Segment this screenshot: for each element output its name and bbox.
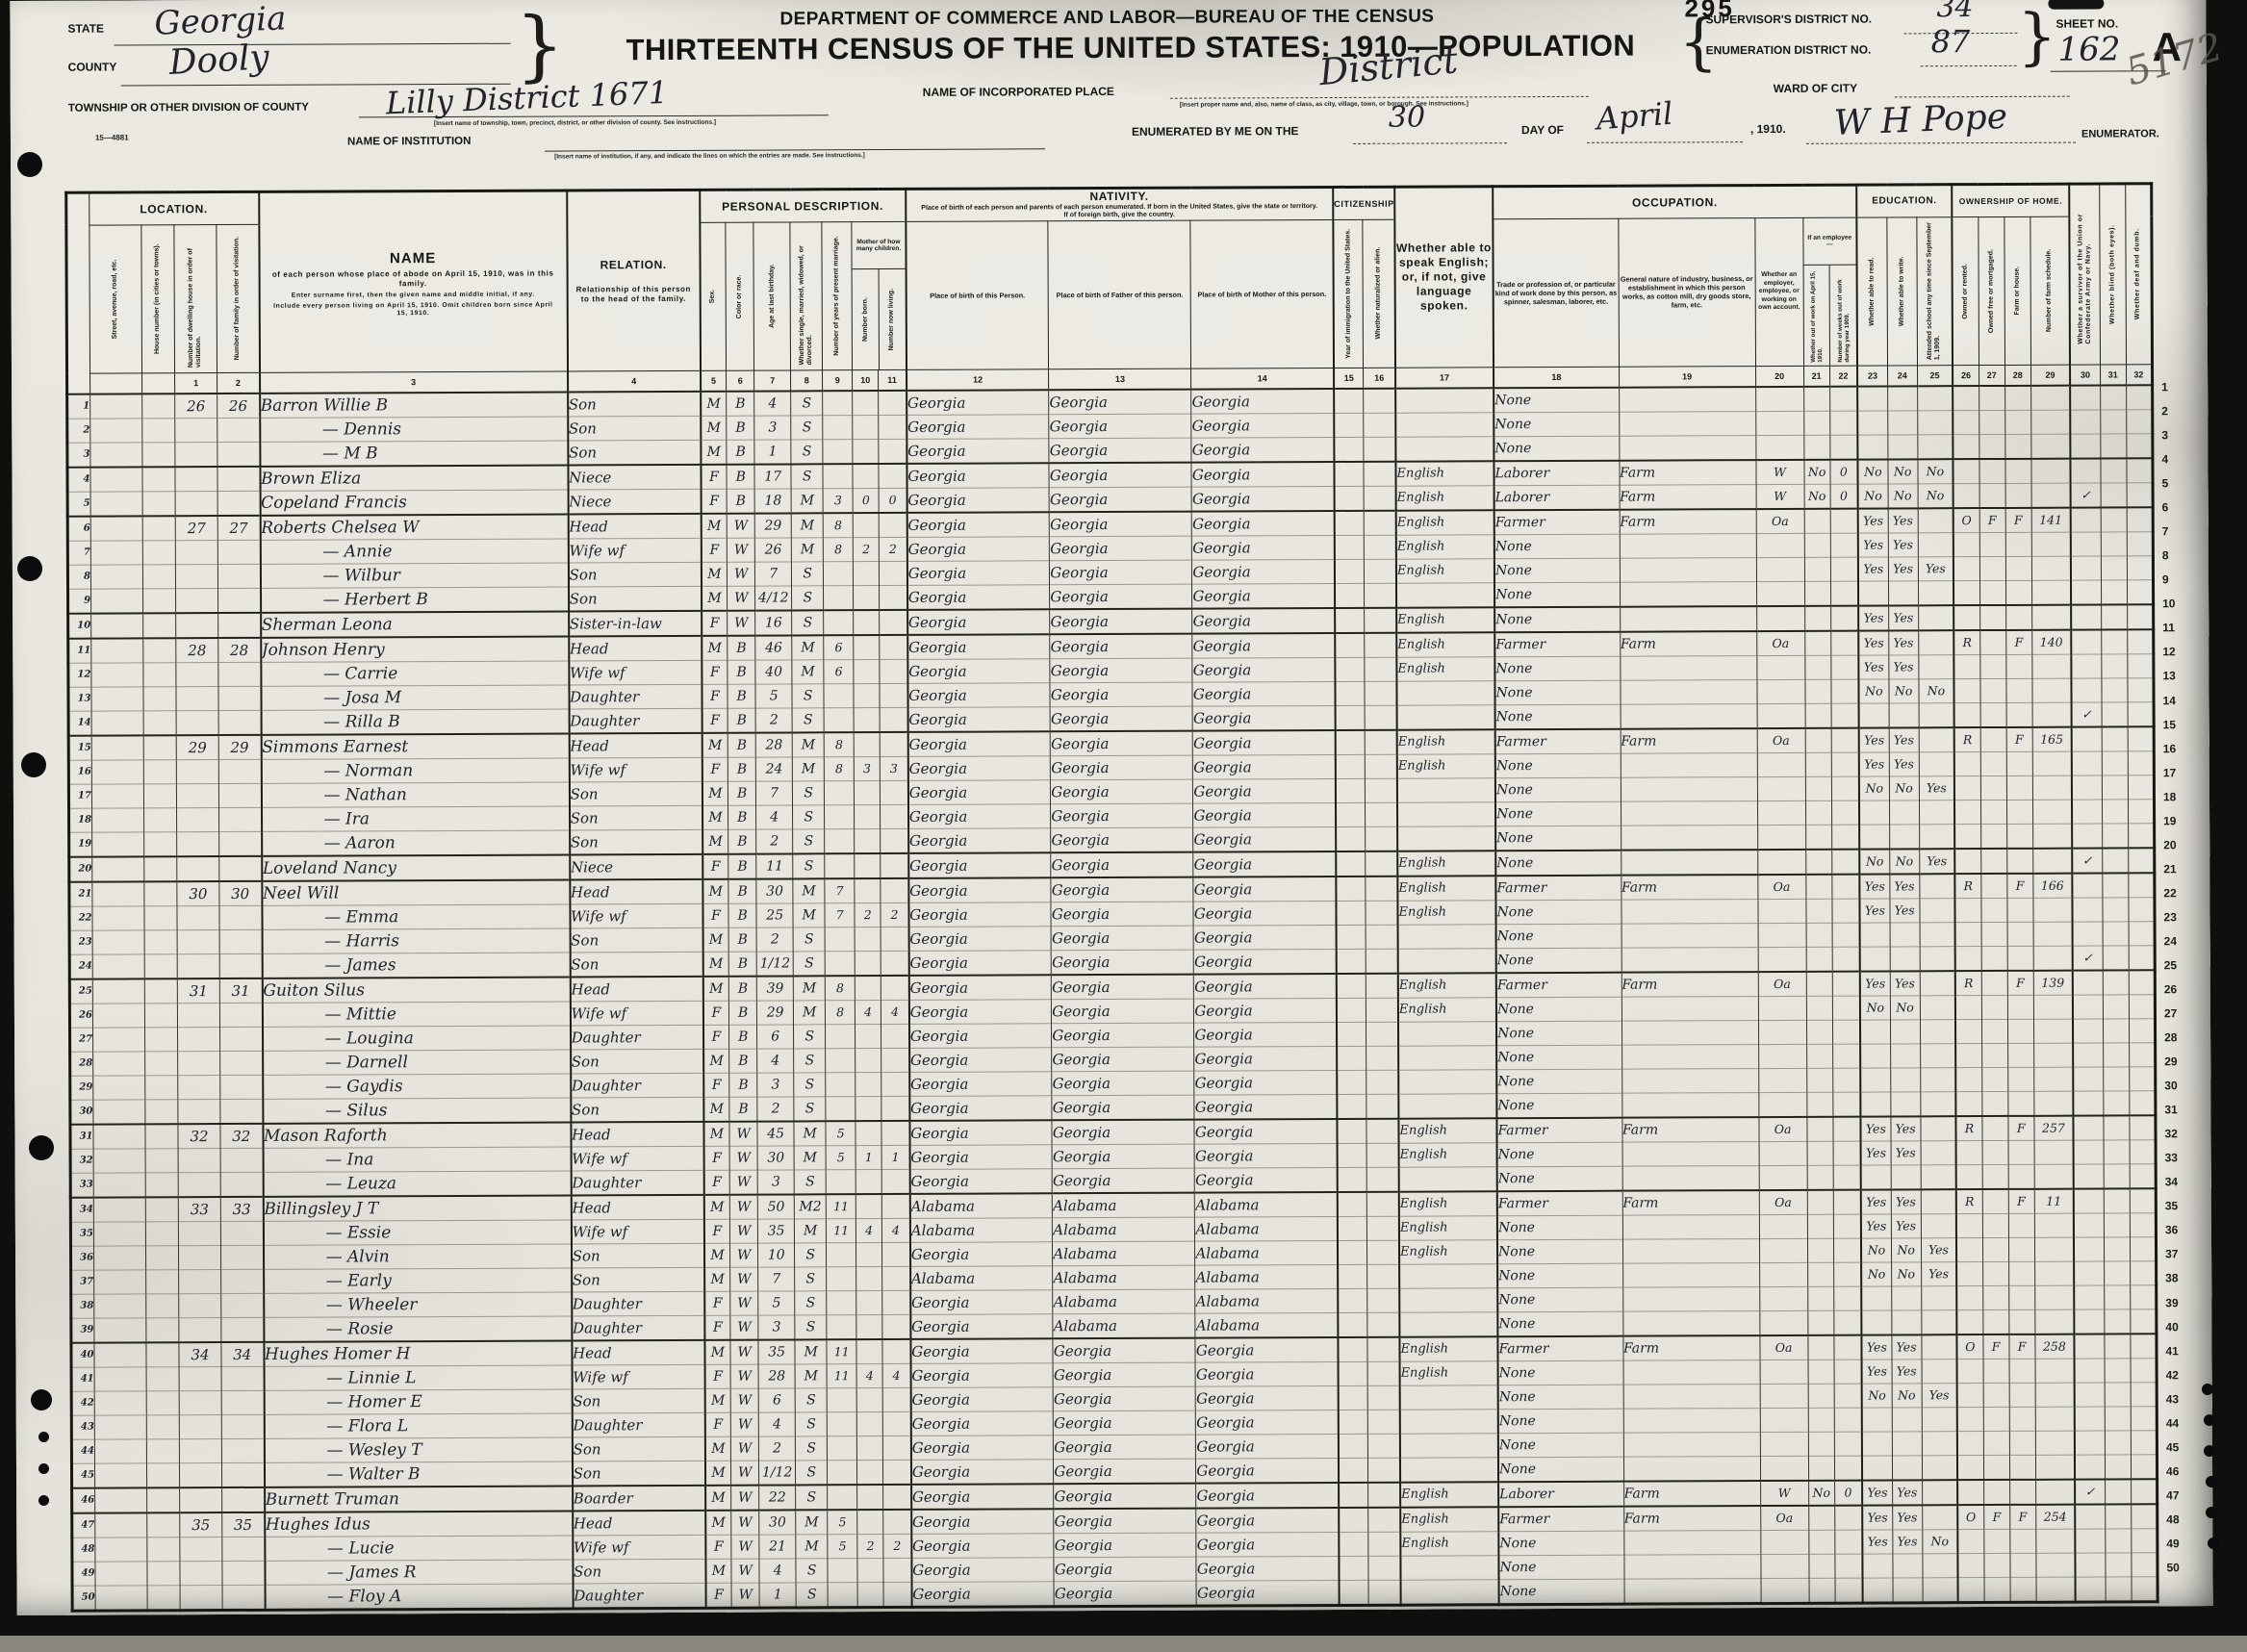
cell-vet: ✓ [2072,848,2102,873]
cell-trade: Farmer [1498,1506,1623,1531]
cell-ym [824,610,854,635]
cell-ym [823,439,853,464]
cell-fm [1981,1043,2007,1067]
cell-nat [1366,901,1397,925]
cell-eng: English [1397,901,1495,925]
cell-house [143,663,176,687]
cell-house [146,1415,179,1439]
cell-ow [1809,1578,1835,1603]
cell-ow [1805,728,1831,753]
column-number-17: 17 [1395,368,1494,389]
cell-wr [1889,825,1919,850]
cell-fam [221,1269,264,1293]
cell-vet [2074,1164,2104,1189]
cell-rel: Head [569,733,702,758]
sex-label: Sex. [709,287,717,306]
cell-rd [1860,1044,1890,1068]
cell-rel: Boarder [573,1486,705,1512]
house-label: House number (in cities or towns). [154,241,163,357]
cell-fh [2007,1067,2033,1091]
cell-imm [1338,1361,1367,1385]
cell-age: 4 [758,1412,795,1436]
cell-wr [1888,581,1918,606]
cell-sex: F [702,854,728,879]
cell-mbp: Georgia [1193,851,1336,877]
cell-sch [1923,1553,1958,1577]
cell-sex: M [702,586,728,611]
cell-age: 30 [759,1510,796,1535]
cell-cb [857,1436,883,1460]
cell-colr: B [729,1049,757,1073]
row-number: 47 [72,1512,95,1538]
sheet-label: SHEET NO. [2055,16,2118,30]
cell-bl [2101,483,2127,508]
row-number: 46 [72,1487,95,1512]
cell-cb: 2 [857,1534,883,1558]
cell-ym: 5 [826,1121,855,1146]
cell-ind [1621,947,1758,972]
cell-bp: Georgia [908,804,1051,829]
cell-house [142,541,175,565]
cell-age: 3 [754,416,791,440]
cell-ow [1804,509,1830,534]
cell-df [2127,580,2153,605]
cell-rel: Wife wf [569,757,702,782]
cell-nat [1366,973,1398,998]
column-number-15: 15 [1334,368,1364,389]
cell-age: 2 [755,708,792,733]
cell-dw [176,783,218,807]
cell-emp [1757,679,1805,703]
cell-age: 29 [757,1001,794,1025]
cell-mar: S [792,586,824,611]
cell-eng: English [1396,607,1494,632]
cell-fn [2032,800,2072,824]
cell-fam: 27 [217,516,260,541]
cell-ym [823,415,853,439]
cell-trade: None [1495,753,1621,778]
cell-sch: Yes [1922,1383,1957,1407]
cell-wr [1889,703,1919,728]
cell-bp: Georgia [909,1048,1052,1073]
cell-own [1955,946,1981,971]
cell-street [93,1197,145,1222]
cell-sex: M [705,1511,731,1536]
cell-mbp: Georgia [1193,925,1336,950]
col-header-birthplace: Place of birth of this Person. [906,221,1049,370]
cell-bl [2104,1309,2130,1334]
margin-row-number: 28 [2164,1030,2177,1044]
cell-fn [2032,848,2072,873]
cell-emp [1760,1456,1808,1481]
cell-fn [2034,1285,2074,1309]
cell-colr: W [729,1146,757,1170]
cell-fm [1981,995,2007,1019]
cell-emp: Oa [1759,1335,1807,1360]
cell-dw [179,1366,221,1390]
cell-cb [857,1485,883,1510]
cell-mbp: Georgia [1194,974,1337,999]
cell-bp: Georgia [906,390,1049,415]
cell-df [2128,824,2154,849]
cell-mar: S [791,464,823,489]
cell-mar: S [791,391,823,416]
column-number-1: 1 [175,372,217,394]
cell-wr: Yes [1891,1141,1921,1165]
cell-imm [1338,1192,1367,1217]
cell-mbp: Alabama [1195,1240,1338,1265]
cell-street [90,516,142,541]
cell-trade: None [1496,1093,1621,1118]
cell-name: Barron Willie B [260,392,568,418]
cell-bl [2103,1019,2129,1043]
column-number-25: 25 [1917,365,1953,386]
cell-rd: No [1858,484,1888,509]
cell-df [2130,1261,2156,1285]
cell-street [92,1004,144,1028]
column-number-2: 2 [217,372,260,394]
cell-sch: Yes [1918,556,1953,580]
cell-nat [1366,1143,1398,1167]
name-note-2: Enter surname first, then the given name… [260,288,566,300]
cell-bl [2106,1577,2132,1602]
cell-rd: No [1861,1238,1891,1262]
cell-bp: Georgia [908,756,1051,781]
row-number: 10 [68,613,91,638]
cell-rd: Yes [1862,1334,1892,1360]
cell-rd: No [1861,1262,1891,1286]
cell-age: 1 [754,440,791,465]
cell-fm [1979,654,2005,678]
cell-eng [1400,1434,1498,1458]
cell-wr: No [1891,1262,1921,1286]
institution-rule [545,148,1045,151]
cell-rel: Daughter [572,1291,704,1316]
cell-mbp: Georgia [1192,633,1335,658]
cell-fam [218,588,261,613]
cell-own [1954,775,1980,800]
cell-imm [1339,1385,1368,1410]
cell-nat [1366,778,1397,802]
row-number: 48 [72,1538,95,1562]
cell-ow [1805,875,1831,900]
cell-dw [178,1221,220,1245]
cell-trade: None [1498,1555,1623,1580]
cell-wks [1831,752,1859,776]
punch-hole [29,1135,54,1160]
cell-rel: Son [573,1436,705,1461]
cell-imm [1339,1508,1368,1533]
cell-emp [1756,533,1804,557]
cell-cb [855,1194,881,1219]
cell-fn: 254 [2035,1504,2075,1529]
cell-vet: ✓ [2075,1479,2105,1504]
cell-house [144,954,177,979]
cell-fbp: Georgia [1054,1533,1196,1558]
cell-ym [826,1048,855,1072]
cell-trade: Farmer [1495,875,1621,900]
cell-mbp: Georgia [1191,389,1334,414]
cell-wks [1832,947,1860,972]
county-label: COUNTY [68,61,117,74]
cell-wks [1833,1238,1861,1262]
cell-ow [1806,1068,1832,1092]
cell-emp [1758,1044,1806,1068]
cell-emp [1760,1530,1808,1554]
school-label: Attended school any time since September… [1927,219,1943,364]
cell-mbp: Alabama [1195,1216,1338,1241]
cell-rd: Yes [1860,971,1890,996]
cell-df [2131,1431,2157,1455]
cell-fh [2006,849,2032,874]
cell-rel: Son [569,562,702,587]
cell-bl [2104,1213,2130,1237]
cell-ind [1621,1020,1758,1045]
col-header-marital: Whether single, married, widowed, or div… [790,222,823,370]
cell-trade: Farmer [1497,1335,1622,1360]
cell-fm [1984,1577,2010,1602]
cell-rel: Head [569,636,702,661]
cell-emp: Oa [1756,509,1804,534]
cell-emp [1758,947,1806,972]
cell-mbp: Georgia [1196,1458,1339,1483]
cell-cb [854,561,880,585]
margin-row-number: 33 [2165,1151,2178,1164]
cell-emp [1761,1578,1809,1603]
cell-bl [2104,1237,2130,1261]
cell-eng: English [1400,1361,1498,1385]
cell-nat [1367,1167,1399,1192]
cell-trade: None [1497,1263,1622,1288]
cell-dw [175,418,217,442]
cell-rd: Yes [1862,1480,1892,1505]
cell-bp: Georgia [907,634,1050,659]
cell-sch [1921,1213,1956,1237]
cell-ind [1621,996,1758,1021]
cell-cl [881,1169,909,1194]
cell-fam [221,1390,264,1414]
cell-rel: Wife wf [571,1146,703,1171]
cell-sch [1920,922,1955,946]
cell-mbp: Georgia [1192,705,1335,730]
cell-ow [1807,1165,1833,1190]
cell-age: 29 [754,513,791,538]
cell-bp: Georgia [911,1411,1054,1436]
cell-age: 25 [756,903,793,928]
cell-house [145,1124,178,1149]
cell-wr [1887,411,1917,435]
cell-bl [2104,1261,2130,1285]
cell-house [142,394,175,419]
free-mortgaged-label: Owned free or mortgaged. [1987,246,1995,336]
cell-nat [1364,437,1395,462]
cell-df [2131,1504,2157,1529]
cell-sex: F [702,757,728,781]
cell-wr [1890,1020,1920,1044]
cell-fm [1982,1237,2008,1261]
row-number: 28 [70,1052,93,1076]
cell-ym [826,1169,855,1194]
cell-df [2131,1359,2157,1383]
state-value: Georgia [154,0,287,43]
cell-name: — Floy A [265,1584,573,1610]
cell-fm: F [1983,1334,2009,1360]
cell-vet [2075,1383,2105,1407]
cell-cb [855,1048,881,1072]
cell-name: — Linnie L [264,1365,572,1390]
cell-mar: M [793,903,825,928]
cell-eng [1397,705,1495,730]
enumerated-month: April [1596,95,1674,138]
cell-rel: Daughter [569,684,702,709]
cell-emp [1756,655,1804,679]
cell-fam [219,953,262,978]
cell-cb [854,610,880,635]
margin-row-number: 15 [2163,718,2176,731]
cell-own [1955,922,1981,946]
col-header-trade: Trade or profession of, or particular ki… [1493,218,1619,368]
cell-fbp: Georgia [1050,658,1192,683]
cell-imm [1337,1119,1366,1144]
cell-name: Mason Raforth [263,1122,571,1148]
cell-imm [1338,1216,1367,1240]
cell-cl [881,828,908,853]
cell-bp: Georgia [907,537,1050,562]
state-label: STATE [67,22,104,36]
cell-nat [1365,486,1396,511]
cell-fh [2009,1455,2035,1480]
cell-wks [1834,1432,1862,1456]
cell-fh: F [2006,874,2032,899]
cell-fh [2007,922,2033,946]
cell-bp: Georgia [908,877,1051,902]
cell-cb: 0 [853,488,879,513]
cell-dw [178,1075,220,1099]
cell-age: 3 [757,1170,794,1195]
margin-row-number: 44 [2166,1416,2179,1430]
margin-row-number: 26 [2164,982,2177,996]
cell-eng: English [1399,1191,1497,1216]
cell-rel: Son [569,586,702,611]
cell-vet [2071,580,2101,605]
cell-sch [1918,630,1953,655]
cell-wks [1831,679,1859,703]
cell-bp: Georgia [906,415,1049,440]
cell-bp: Georgia [907,707,1050,732]
cell-street [95,1538,147,1562]
cell-colr: W [728,586,755,611]
cell-cb: 4 [855,1000,881,1024]
cell-cb [855,828,881,853]
cell-emp [1759,1286,1807,1310]
cell-own [1954,678,1980,702]
cell-fh [2008,1309,2034,1334]
cell-mbp: Georgia [1196,1556,1339,1581]
cell-street [95,1586,147,1611]
cell-vet [2072,775,2102,800]
enumerator-label: ENUMERATOR. [2081,128,2159,140]
cell-bl [2103,970,2129,995]
row-number: 24 [69,954,92,979]
cell-fh [2004,434,2030,459]
cell-house [144,1004,177,1028]
cell-fbp: Georgia [1054,1411,1196,1436]
cell-eng [1398,1022,1496,1046]
cell-ym [826,1096,855,1121]
cell-own [1954,702,1980,727]
cell-fam [218,710,261,735]
cell-colr: B [728,928,756,952]
cell-dw [176,759,218,783]
cell-house [143,638,176,663]
cell-cl [883,1436,911,1460]
institution-label: NAME OF INSTITUTION [347,136,471,148]
cell-wks [1830,557,1858,581]
punch-hole [2208,1538,2219,1549]
cell-age: 2 [757,1097,794,1122]
cell-eng [1398,1070,1496,1094]
cell-emp [1760,1360,1808,1384]
column-number-7: 7 [754,370,791,392]
cell-wks [1832,1092,1860,1117]
cell-rd: Yes [1859,752,1889,776]
punch-hole [38,1463,49,1474]
cell-fm [1979,483,2005,508]
cell-ind [1621,776,1757,801]
cell-imm [1339,1580,1368,1605]
margin-row-number: 42 [2166,1368,2179,1382]
cell-colr: W [730,1388,758,1412]
cell-ym: 8 [825,976,855,1001]
cell-sch [1920,946,1955,971]
cell-vet [2075,1334,2105,1359]
cell-fh [2008,1261,2034,1285]
cell-nat [1366,851,1397,876]
cell-cb [853,464,879,489]
cell-cb [856,1290,882,1314]
cell-fh [2007,946,2033,971]
column-number-28: 28 [2004,365,2030,386]
cell-mbp: Georgia [1193,730,1336,755]
cell-house [145,1197,178,1222]
cell-trade: Farmer [1494,509,1620,534]
cell-fm [1984,1553,2010,1577]
cell-wks [1834,1530,1862,1554]
cell-imm [1335,608,1365,633]
col-header-blind: Whether blind (both eyes). [2099,184,2126,365]
cell-nat [1366,998,1398,1022]
cell-eng [1400,1385,1498,1410]
cell-colr: W [730,1219,758,1243]
margin-row-number: 46 [2166,1464,2179,1478]
right-row-numbers: 1234567891011121314151617181920212223242… [10,0,2206,1]
cell-vet: ✓ [2072,702,2102,727]
cell-age: 6 [758,1388,795,1412]
cell-sch [1921,1116,1956,1141]
cell-bp: Georgia [909,1169,1052,1194]
cell-bp: Alabama [910,1218,1053,1243]
cell-colr: W [730,1267,758,1291]
cell-bl [2102,848,2128,873]
row-number: 6 [67,516,90,541]
cell-wks [1832,1044,1860,1068]
cell-cl [881,878,908,903]
cell-cb: 1 [855,1145,881,1169]
cell-bp: Georgia [907,731,1050,756]
cell-street [91,784,143,808]
cell-rel: Wife wf [572,1364,704,1389]
cell-fm [1982,1140,2008,1164]
